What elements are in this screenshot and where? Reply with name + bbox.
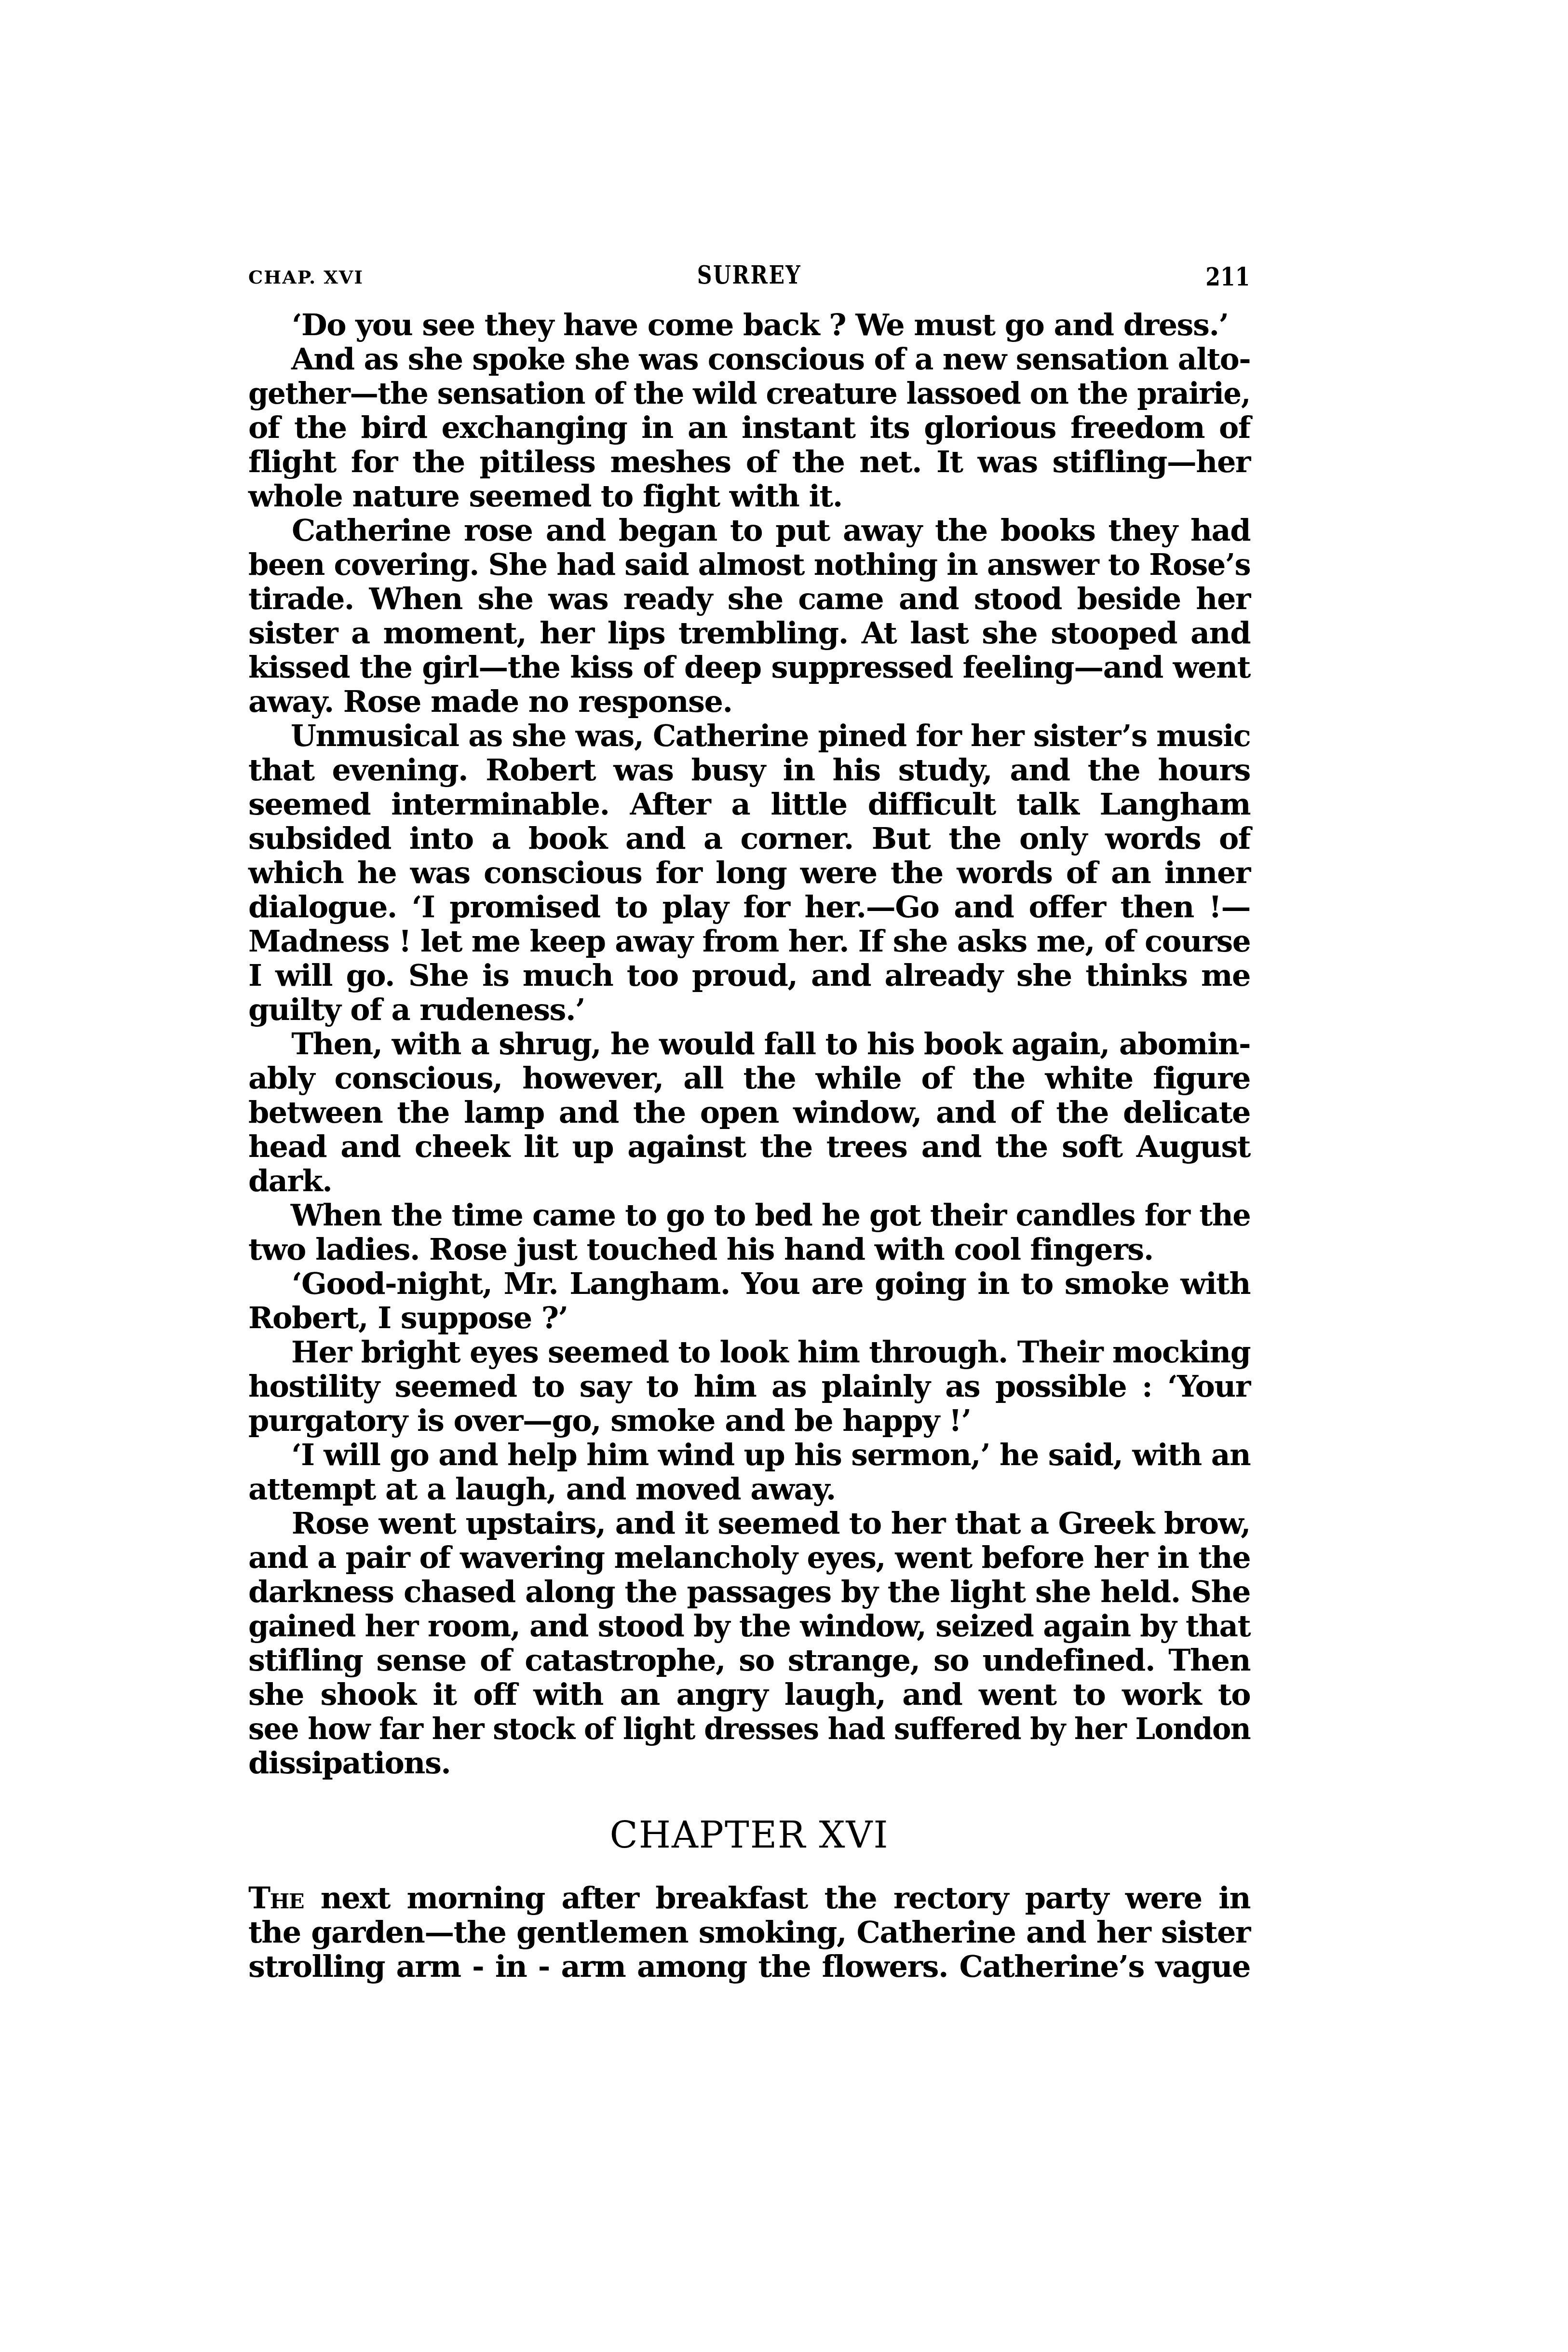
text-line: ‘Good-night, Mr. Langham. You are going … [248, 1266, 1250, 1301]
text-line: I will go. She is much too proud, and al… [248, 958, 1250, 992]
text-line: she shook it off with an angry laugh, an… [248, 1677, 1250, 1712]
text-line: stifling sense of catastrophe, so strang… [248, 1643, 1250, 1677]
text-line: guilty of a rudeness.’ [248, 992, 1250, 1027]
text-line: dissipations. [248, 1746, 1250, 1780]
text-line: seemed interminable. After a little diff… [248, 787, 1250, 821]
text-line: Her bright eyes seemed to look him throu… [248, 1335, 1250, 1369]
text-line: whole nature seemed to fight with it. [248, 479, 1250, 513]
text-line: The next morning after breakfast the rec… [248, 1881, 1250, 1915]
text-line: two ladies. Rose just touched his hand w… [248, 1232, 1250, 1266]
text-line: gether—the sensation of the wild creatur… [248, 376, 1250, 410]
text-line: kissed the girl—the kiss of deep suppres… [248, 650, 1250, 684]
text-line: darkness chased along the passages by th… [248, 1575, 1250, 1609]
text-line: been covering. She had said almost nothi… [248, 547, 1250, 582]
text-line: And as she spoke she was conscious of a … [248, 342, 1250, 376]
text-line: When the time came to go to bed he got t… [248, 1198, 1250, 1232]
text-line: strolling arm - in - arm among the flowe… [248, 1949, 1250, 1984]
text-line: ‘I will go and help him wind up his serm… [248, 1438, 1250, 1472]
text-line: away. Rose made no response. [248, 684, 1250, 719]
text-line: Unmusical as she was, Catherine pined fo… [248, 719, 1250, 753]
text-line: Robert, I suppose ?’ [248, 1301, 1250, 1335]
text-line: tirade. When she was ready she came and … [248, 582, 1250, 616]
text-line: dark. [248, 1164, 1250, 1198]
text-line: ably conscious, however, all the while o… [248, 1061, 1250, 1095]
text-line: which he was conscious for long were the… [248, 856, 1250, 890]
chapter-opening-text: The next morning after breakfast the rec… [248, 1881, 1250, 1984]
text-line: Rose went upstairs, and it seemed to her… [248, 1506, 1250, 1540]
text-line: sister a moment, her lips trembling. At … [248, 616, 1250, 650]
text-line: gained her room, and stood by the window… [248, 1609, 1250, 1643]
running-head-title: SURREY [338, 260, 1160, 290]
text-line: head and cheek lit up against the trees … [248, 1129, 1250, 1164]
text-line: attempt at a laugh, and moved away. [248, 1472, 1250, 1506]
chapter-heading: CHAPTER XVI [248, 1813, 1250, 1856]
text-line: the garden—the gentlemen smoking, Cather… [248, 1915, 1250, 1949]
text-line: purgatory is over—go, smoke and be happy… [248, 1403, 1250, 1438]
text-line: ‘Do you see they have come back ? We mus… [248, 308, 1250, 342]
text-line: hostility seemed to say to him as plainl… [248, 1369, 1250, 1403]
text-line: see how far her stock of light dresses h… [248, 1712, 1250, 1746]
text-line: flight for the pitiless meshes of the ne… [248, 445, 1250, 479]
text-line: that evening. Robert was busy in his stu… [248, 753, 1250, 787]
text-line-rest: next morning after breakfast the rectory… [304, 1880, 1250, 1916]
text-line: Catherine rose and began to put away the… [248, 513, 1250, 547]
text-line: Madness ! let me keep away from her. If … [248, 924, 1250, 958]
running-head: CHAP. XVI SURREY 211 [248, 260, 1250, 294]
text-line: of the bird exchanging in an instant its… [248, 410, 1250, 445]
body-text: ‘Do you see they have come back ? We mus… [248, 308, 1250, 1780]
page-number: 211 [1206, 262, 1250, 292]
text-line: and a pair of wavering melancholy eyes, … [248, 1540, 1250, 1575]
text-line: between the lamp and the open window, an… [248, 1095, 1250, 1129]
text-line: Then, with a shrug, he would fall to his… [248, 1027, 1250, 1061]
text-line: dialogue. ‘I promised to play for her.—G… [248, 890, 1250, 924]
text-line: subsided into a book and a corner. But t… [248, 821, 1250, 856]
opening-smallcaps: The [248, 1880, 304, 1916]
